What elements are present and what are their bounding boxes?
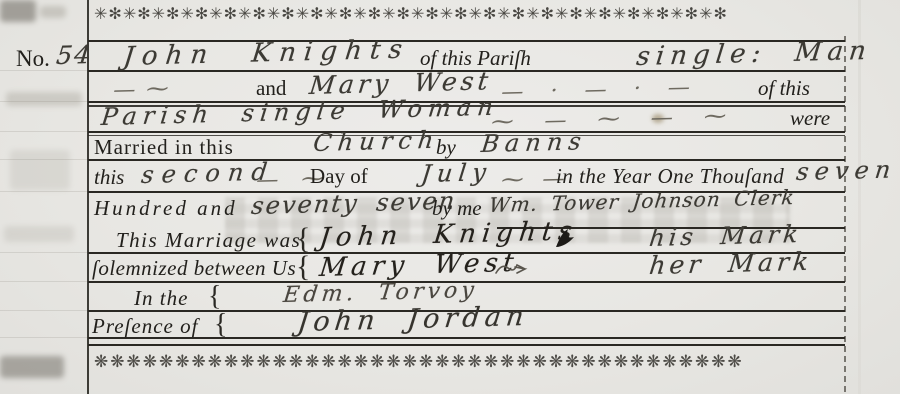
presence-of-label: Preſence of [92, 316, 198, 337]
show-through-mark [4, 226, 74, 242]
month-value: July [420, 160, 493, 186]
margin-rule [0, 101, 87, 102]
brace: { [208, 283, 221, 311]
bottom-ornament-border: ❋❋❋❋❋❋❋❋❋❋❋❋❋❋❋❋❋❋❋❋❋❋❋❋❋❋❋❋❋❋❋❋❋❋❋❋❋❋❋❋ [94, 354, 744, 371]
year-seventy-seven: seventy seven [250, 189, 458, 218]
year-seven: seven [795, 157, 898, 184]
banns-value: Banns [480, 129, 588, 156]
brace: { [296, 252, 310, 282]
margin-rule [0, 310, 87, 311]
church-value: Church [312, 128, 441, 155]
top-ornament-border: ✳✻✳✻✳✻✳✻✳✻✳✻✳✻✳✻✳✻✳✻✳✻✳✻✳✻✳✻✳✻✳✻✳✻✳✻✳✻✳✻… [94, 6, 728, 22]
margin-rule [0, 337, 87, 338]
printed-by-me: by me [432, 198, 482, 219]
margin-rule [0, 131, 87, 132]
witness2-signature: John Jordan [296, 303, 530, 336]
marriage-register-page: ✳✻✳✻✳✻✳✻✳✻✳✻✳✻✳✻✳✻✳✻✳✻✳✻✳✻✳✻✳✻✳✻✳✻✳✻✳✻✳✻… [0, 0, 900, 394]
printed-this: this [94, 167, 124, 188]
margin-rule [0, 191, 87, 192]
printed-by: by [436, 137, 456, 158]
printed-married-in-this: Married in this [94, 137, 234, 158]
marriage-was-label: This Marriage was [116, 230, 301, 251]
show-through-mark [10, 150, 70, 190]
his-mark-glyph [552, 228, 578, 254]
entry-no-value: 54 [55, 42, 94, 68]
filler-dashes: — ⁓ [112, 79, 172, 102]
show-through-mark [40, 6, 66, 18]
printed-were: were [790, 108, 830, 129]
printed-and: and [256, 78, 286, 99]
her-mark-text: her Mark [648, 249, 814, 278]
horizontal-rule [88, 131, 845, 133]
show-through-mark [6, 92, 82, 106]
horizontal-rule [88, 344, 845, 346]
margin-rule [0, 252, 87, 253]
his-mark-text: his Mark [648, 222, 803, 250]
printed-of-this: of this [758, 78, 810, 99]
margin-rule [0, 159, 87, 160]
horizontal-rule [88, 337, 845, 339]
groom-status: single: Man [635, 38, 873, 70]
her-mark-glyph [494, 260, 528, 282]
groom-signature: John Knights [318, 218, 579, 251]
bride-signature: Mary West [318, 250, 520, 281]
show-through-mark [0, 0, 36, 22]
show-through-mark [0, 356, 64, 378]
printed-hundred-and: Hundred and [94, 198, 238, 219]
margin-rule [0, 281, 87, 282]
filler-dashes: — · — · — [500, 77, 701, 104]
printed-day-of: Day of [310, 166, 368, 187]
groom-name: John Knights [122, 37, 411, 70]
solemnized-label: ſolemnized between Us [92, 258, 296, 279]
brace: { [214, 311, 227, 339]
printed-year-phrase: in the Year One Thouſand [556, 166, 784, 187]
in-the-label: In the [134, 288, 188, 309]
entry-no-label: No. [16, 47, 50, 70]
